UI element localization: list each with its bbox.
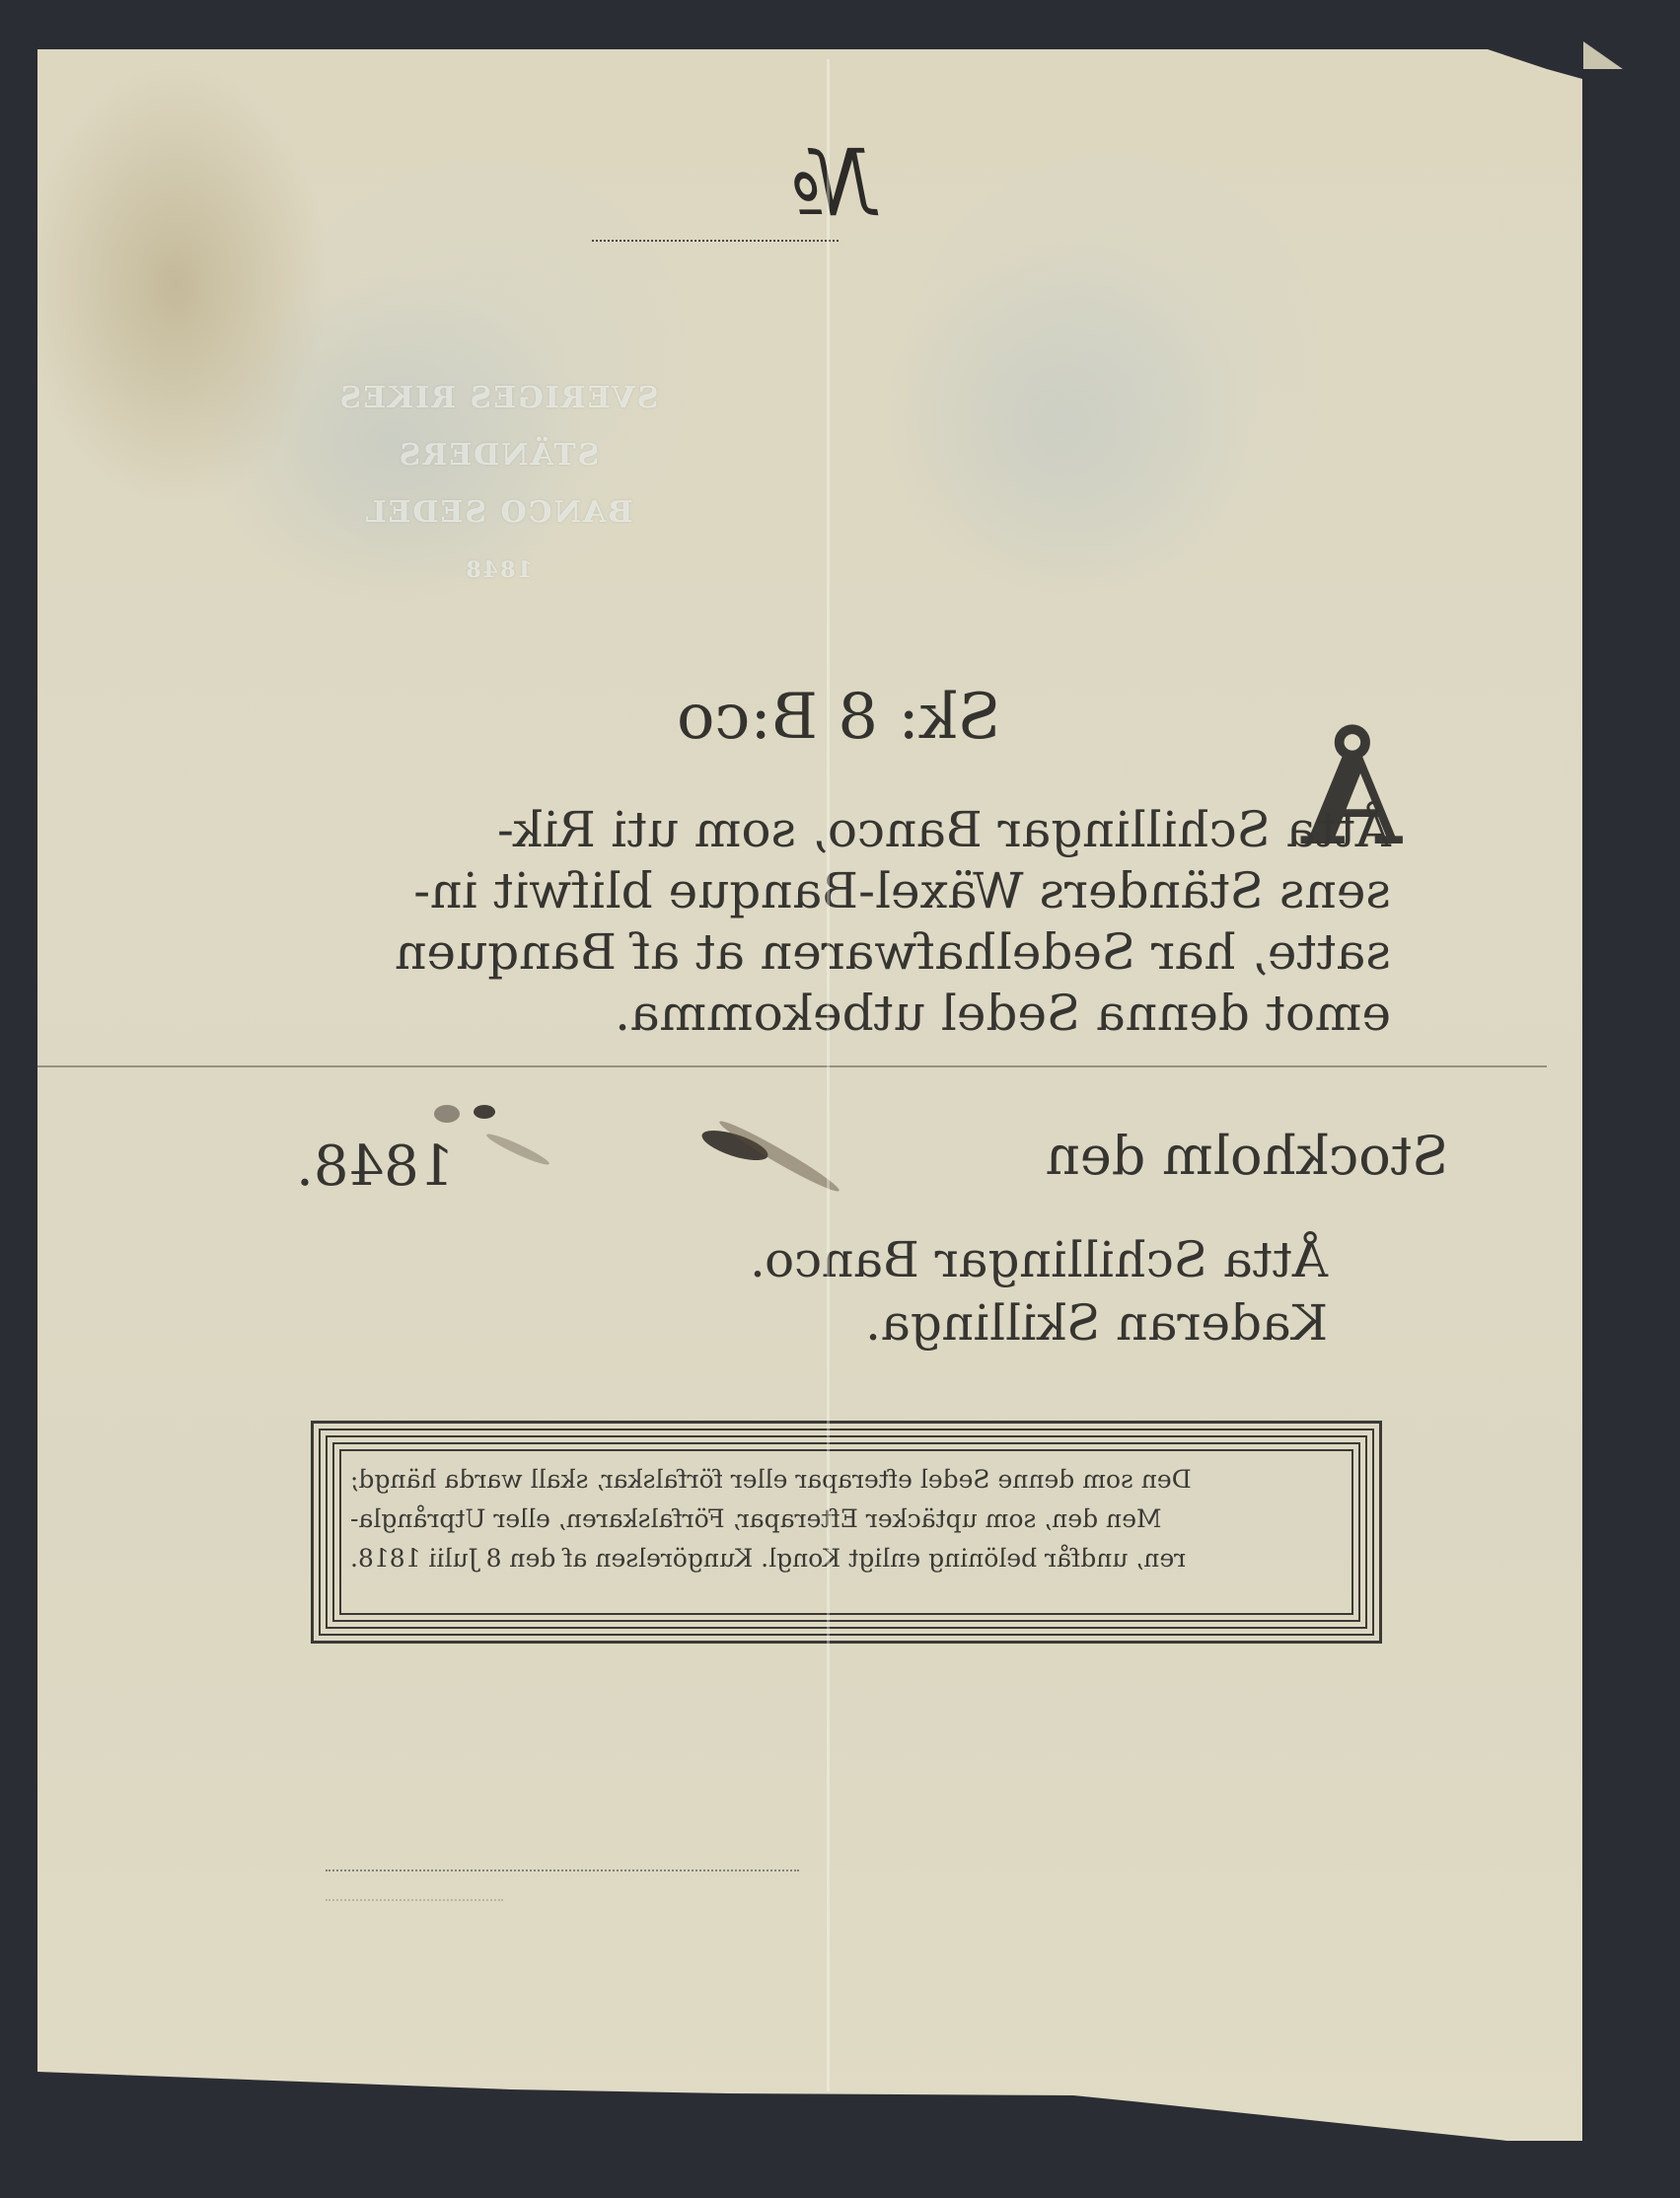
issue-place: Stockholm den <box>1046 1125 1448 1187</box>
notice-line: Den som denne Sedel efterapar eller förf… <box>350 1460 1337 1500</box>
amount-line: Åtta Schillingar Banco. <box>750 1228 1328 1291</box>
horizontal-fold-crease <box>37 1065 1547 1067</box>
promise-line: sens Ständers Wäxel-Banque blifwit in- <box>513 860 1391 921</box>
promise-line: emot denna Sedel utbekomma. <box>513 983 1391 1044</box>
vertical-fold-crease <box>827 59 830 2091</box>
banknote-paper <box>37 49 1623 2141</box>
signature-line <box>326 1899 503 1901</box>
amount-text: Åtta Schillingar Banco. Kaderan Skilling… <box>750 1228 1328 1355</box>
watermark-line: SVERIGES RIKES <box>291 370 705 427</box>
denomination-text: Sk: 8 B:co <box>677 681 1001 754</box>
ink-stain <box>434 1105 460 1123</box>
denomination-heading: Sk: 8 B:co <box>612 681 1065 754</box>
folded-corner <box>1583 41 1623 69</box>
signature-line <box>326 1869 799 1871</box>
serial-number-line <box>592 240 839 242</box>
notice-line: ren, undfår belöning enligt Kongl. Kungö… <box>350 1539 1337 1578</box>
warning-notice-text: Den som denne Sedel efterapar eller förf… <box>350 1460 1337 1578</box>
watermark-line: BANCO SEDEL <box>291 484 705 542</box>
notice-line: Men den, som uptäcker Efterapar, Förfals… <box>350 1500 1337 1539</box>
promise-line: satte, har Sedelhafwaren at af Banquen <box>513 921 1391 983</box>
serial-number-mark: № <box>789 138 875 229</box>
watermark-line: STÄNDERS <box>291 427 705 484</box>
promise-text: Åtta Schillingar Banco, som uti Rik- sen… <box>375 799 1391 1044</box>
watermark-line: 1848 <box>291 542 705 599</box>
watermark-text: SVERIGES RIKES STÄNDERS BANCO SEDEL 1848 <box>291 370 705 599</box>
promise-line: Åtta Schillingar Banco, som uti Rik- <box>513 799 1391 860</box>
ink-stain <box>474 1105 495 1119</box>
amount-line: Kaderan Skillinga. <box>750 1291 1328 1355</box>
issue-year: 1848. <box>296 1135 454 1199</box>
watermark-oval-right <box>908 148 1322 592</box>
